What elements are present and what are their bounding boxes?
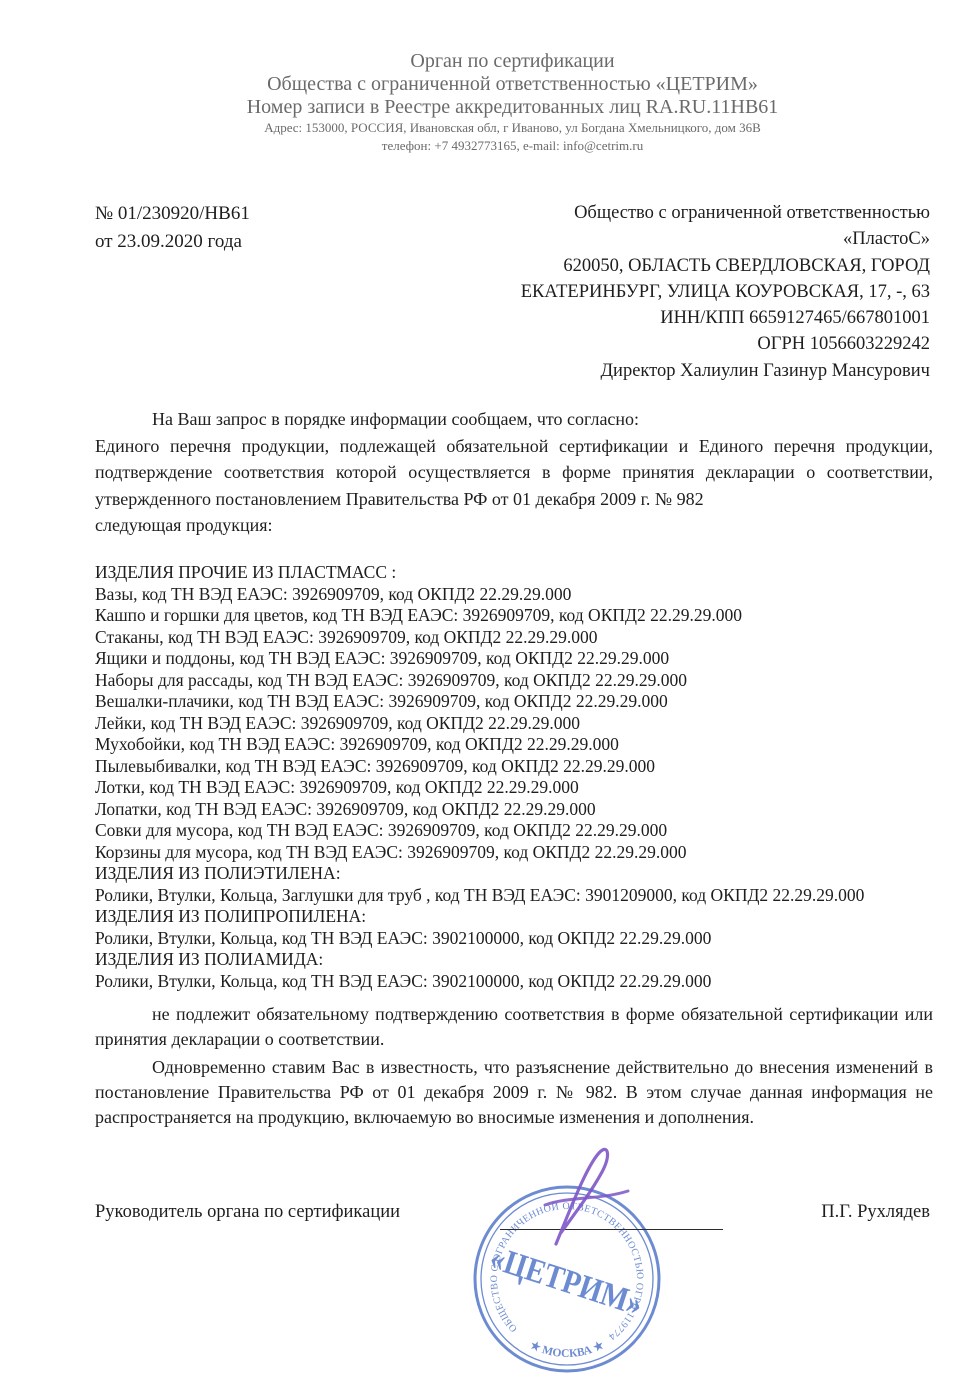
products-list: ИЗДЕЛИЯ ПРОЧИЕ ИЗ ПЛАСТМАСС : Вазы, код … bbox=[95, 562, 935, 992]
certification-body-address: Адрес: 153000, РОССИЯ, Ивановская обл, г… bbox=[95, 119, 930, 137]
certification-body-contacts: телефон: +7 4932773165, e-mail: info@cet… bbox=[95, 137, 930, 155]
intro-tail: следующая продукция: bbox=[95, 515, 273, 535]
recipient-director: Директор Халиулин Газинур Мансурович bbox=[521, 358, 930, 384]
intro-paragraph: На Ваш запрос в порядке информации сообщ… bbox=[95, 406, 933, 539]
product-item: Стаканы, код ТН ВЭД ЕАЭС: 3926909709, ко… bbox=[95, 627, 935, 649]
handwritten-signature bbox=[535, 1140, 645, 1255]
letter-date: от 23.09.2020 года bbox=[95, 228, 250, 256]
recipient-inn-kpp: ИНН/КПП 6659127465/667801001 bbox=[521, 305, 930, 331]
letterhead: Орган по сертификации Общества с огранич… bbox=[95, 50, 930, 154]
certification-body-name: Общества с ограниченной ответственностью… bbox=[95, 73, 930, 96]
recipient-company-type: Общество с ограниченной ответственностью bbox=[521, 200, 930, 226]
product-item: Лейки, код ТН ВЭД ЕАЭС: 3926909709, код … bbox=[95, 713, 935, 735]
products-section-title: ИЗДЕЛИЯ ИЗ ПОЛИЭТИЛЕНА: bbox=[95, 863, 935, 885]
closing-paragraph-1: не подлежит обязательному подтверждению … bbox=[95, 1002, 933, 1052]
product-item: Вазы, код ТН ВЭД ЕАЭС: 3926909709, код О… bbox=[95, 584, 935, 606]
product-item: Наборы для рассады, код ТН ВЭД ЕАЭС: 392… bbox=[95, 670, 935, 692]
product-item: Вешалки-плачики, код ТН ВЭД ЕАЭС: 392690… bbox=[95, 691, 935, 713]
product-item: Пылевыбивалки, код ТН ВЭД ЕАЭС: 39269097… bbox=[95, 756, 935, 778]
product-item: Лотки, код ТН ВЭД ЕАЭС: 3926909709, код … bbox=[95, 777, 935, 799]
products-section-title: ИЗДЕЛИЯ ИЗ ПОЛИПРОПИЛЕНА: bbox=[95, 906, 935, 928]
signature-stroke-flourish bbox=[545, 1191, 628, 1205]
signer-title: Руководитель органа по сертификации bbox=[95, 1200, 400, 1224]
intro-body: Единого перечня продукции, подлежащей об… bbox=[95, 436, 933, 509]
document-page: Орган по сертификации Общества с огранич… bbox=[0, 0, 973, 1376]
recipient-ogrn: ОГРН 1056603229242 bbox=[521, 331, 930, 357]
certification-body-title: Орган по сертификации bbox=[95, 50, 930, 73]
products-section-title: ИЗДЕЛИЯ ПРОЧИЕ ИЗ ПЛАСТМАСС : bbox=[95, 562, 935, 584]
closing-paragraph-2: Одновременно ставим Вас в известность, ч… bbox=[95, 1055, 933, 1130]
intro-line1: На Ваш запрос в порядке информации сообщ… bbox=[152, 409, 639, 429]
products-section-title: ИЗДЕЛИЯ ИЗ ПОЛИАМИДА: bbox=[95, 949, 935, 971]
recipient-address-line-1: 620050, ОБЛАСТЬ СВЕРДЛОВСКАЯ, ГОРОД bbox=[521, 253, 930, 279]
recipient-company-name: «ПластоС» bbox=[521, 226, 930, 252]
closing-block: не подлежит обязательному подтверждению … bbox=[95, 1002, 933, 1133]
reference-block: № 01/230920/НВ61 от 23.09.2020 года bbox=[95, 200, 250, 256]
product-item: Ролики, Втулки, Кольца, код ТН ВЭД ЕАЭС:… bbox=[95, 928, 935, 950]
reference-recipient-row: № 01/230920/НВ61 от 23.09.2020 года Обще… bbox=[95, 200, 930, 384]
stamp-city-text: ★ МОСКВА ★ bbox=[528, 1338, 606, 1360]
product-item: Совки для мусора, код ТН ВЭД ЕАЭС: 39269… bbox=[95, 820, 935, 842]
recipient-address-line-2: ЕКАТЕРИНБУРГ, УЛИЦА КОУРОВСКАЯ, 17, -, 6… bbox=[521, 279, 930, 305]
product-item: Ящики и поддоны, код ТН ВЭД ЕАЭС: 392690… bbox=[95, 648, 935, 670]
accreditation-registry-number: Номер записи в Реестре аккредитованных л… bbox=[95, 96, 930, 119]
product-item: Мухобойки, код ТН ВЭД ЕАЭС: 3926909709, … bbox=[95, 734, 935, 756]
product-item: Ролики, Втулки, Кольца, код ТН ВЭД ЕАЭС:… bbox=[95, 971, 935, 993]
product-item: Ролики, Втулки, Кольца, Заглушки для тру… bbox=[95, 885, 935, 907]
product-item: Корзины для мусора, код ТН ВЭД ЕАЭС: 392… bbox=[95, 842, 935, 864]
recipient-block: Общество с ограниченной ответственностью… bbox=[521, 200, 930, 384]
product-item: Лопатки, код ТН ВЭД ЕАЭС: 3926909709, ко… bbox=[95, 799, 935, 821]
product-item: Кашпо и горшки для цветов, код ТН ВЭД ЕА… bbox=[95, 605, 935, 627]
letter-number: № 01/230920/НВ61 bbox=[95, 200, 250, 228]
signer-name: П.Г. Рухлядев bbox=[821, 1200, 930, 1224]
